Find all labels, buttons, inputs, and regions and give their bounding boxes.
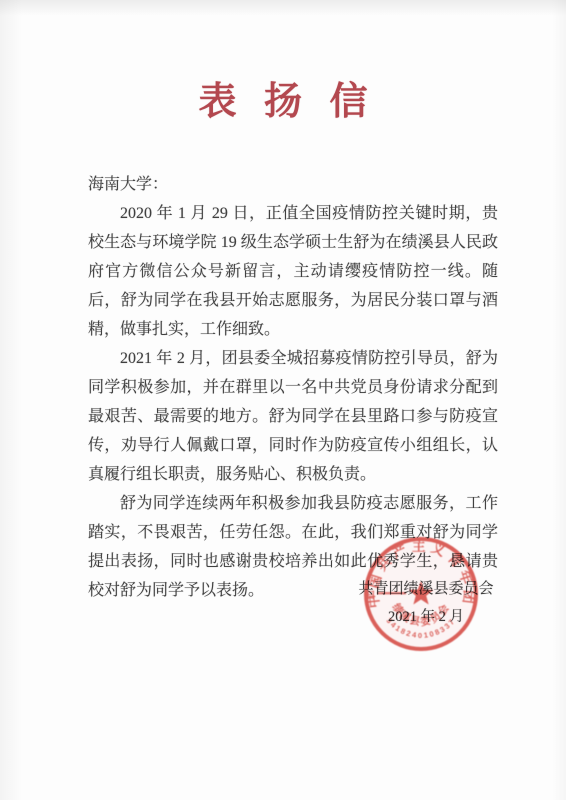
seal-left-mark: 日 <box>366 591 376 602</box>
paragraph-2: 2021 年 2 月，团县委全城招募疫情防控引导员，舒为同学积极参加，并在群里以… <box>88 344 498 489</box>
official-seal: 中国共产主义青年团 日 绩溪县委员会 3418240108337 <box>361 534 481 654</box>
letter-page: 表 扬 信 海南大学： 2020 年 1 月 29 日，正值全国疫情防控关键时期… <box>0 0 566 800</box>
letter-title: 表 扬 信 <box>0 70 566 125</box>
seal-bar <box>377 592 406 594</box>
salutation: 海南大学： <box>88 170 498 199</box>
paragraph-1: 2020 年 1 月 29 日，正值全国疫情防控关键时期，贵校生态与环境学院 1… <box>88 199 498 344</box>
